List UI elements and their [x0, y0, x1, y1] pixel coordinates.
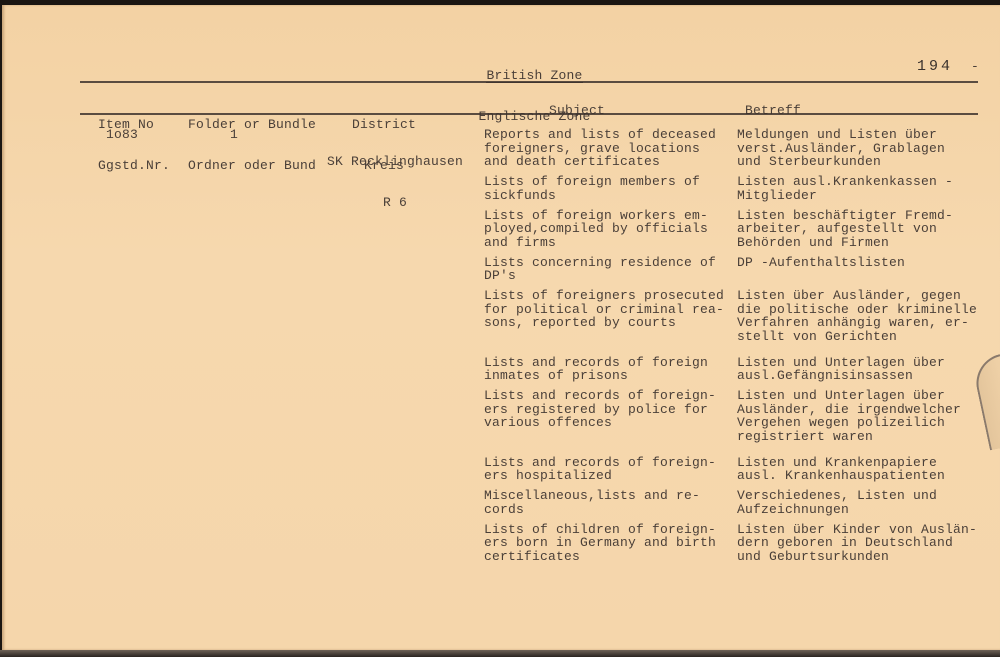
entry-subject: Reports and lists of deceased foreigners… [484, 128, 716, 169]
header-rule [80, 113, 978, 115]
entry-subject: Lists of foreigners prosecuted for polit… [484, 289, 724, 330]
page-edge [0, 650, 1000, 657]
item-no-label-de: Ggstd.Nr. [98, 159, 170, 173]
entry-betreff: Listen und Krankenpapiere ausl. Krankenh… [737, 456, 945, 483]
entry-betreff: Verschiedenes, Listen und Aufzeichnungen [737, 489, 937, 516]
top-rule [80, 81, 978, 83]
page-curl [971, 352, 1000, 451]
entry-subject: Lists concerning residence of DP's [484, 256, 716, 283]
column-header-folder: Folder or Bundle Ordner oder Bund [188, 91, 316, 199]
folder-number: 1 [230, 128, 238, 142]
entry-betreff: DP -Aufenthaltslisten [737, 256, 905, 270]
entry-subject: Lists and records of foreign- ers hospit… [484, 456, 716, 483]
column-header-subject: Subject [549, 104, 605, 118]
item-number: 1o83 [106, 128, 138, 142]
district: SK Recklinghausen R 6 [320, 128, 470, 236]
entry-betreff: Listen ausl.Krankenkassen - Mitglieder [737, 175, 953, 202]
entry-subject: Lists of foreign workers em- ployed,comp… [484, 209, 708, 250]
page-mark: - [971, 60, 979, 74]
entry-subject: Lists of foreign members of sickfunds [484, 175, 700, 202]
column-header-betreff: Betreff [745, 104, 801, 118]
entry-betreff: Meldungen und Listen über verst.Auslände… [737, 128, 945, 169]
page-number: 194 [917, 60, 953, 74]
entry-subject: Lists and records of foreign inmates of … [484, 356, 708, 383]
folder-label-en: Folder or Bundle [188, 118, 316, 132]
entry-subject: Lists of children of foreign- ers born i… [484, 523, 716, 564]
entry-subject: Lists and records of foreign- ers regist… [484, 389, 716, 430]
document-page: British Zone Englische Zone 194 - Item N… [2, 5, 1000, 650]
district-name: SK Recklinghausen [320, 155, 470, 169]
entry-betreff: Listen und Unterlagen über Ausländer, di… [737, 389, 961, 443]
entry-betreff: Listen beschäftigter Fremd- arbeiter, au… [737, 209, 953, 250]
district-code: R 6 [320, 196, 470, 210]
entry-betreff: Listen und Unterlagen über ausl.Gefängni… [737, 356, 945, 383]
entry-subject: Miscellaneous,lists and re- cords [484, 489, 700, 516]
entry-betreff: Listen über Kinder von Auslän- dern gebo… [737, 523, 977, 564]
column-header-item-no: Item No Ggstd.Nr. [98, 91, 170, 199]
entry-betreff: Listen über Ausländer, gegen die politis… [737, 289, 977, 343]
folder-label-de: Ordner oder Bund [188, 159, 316, 173]
